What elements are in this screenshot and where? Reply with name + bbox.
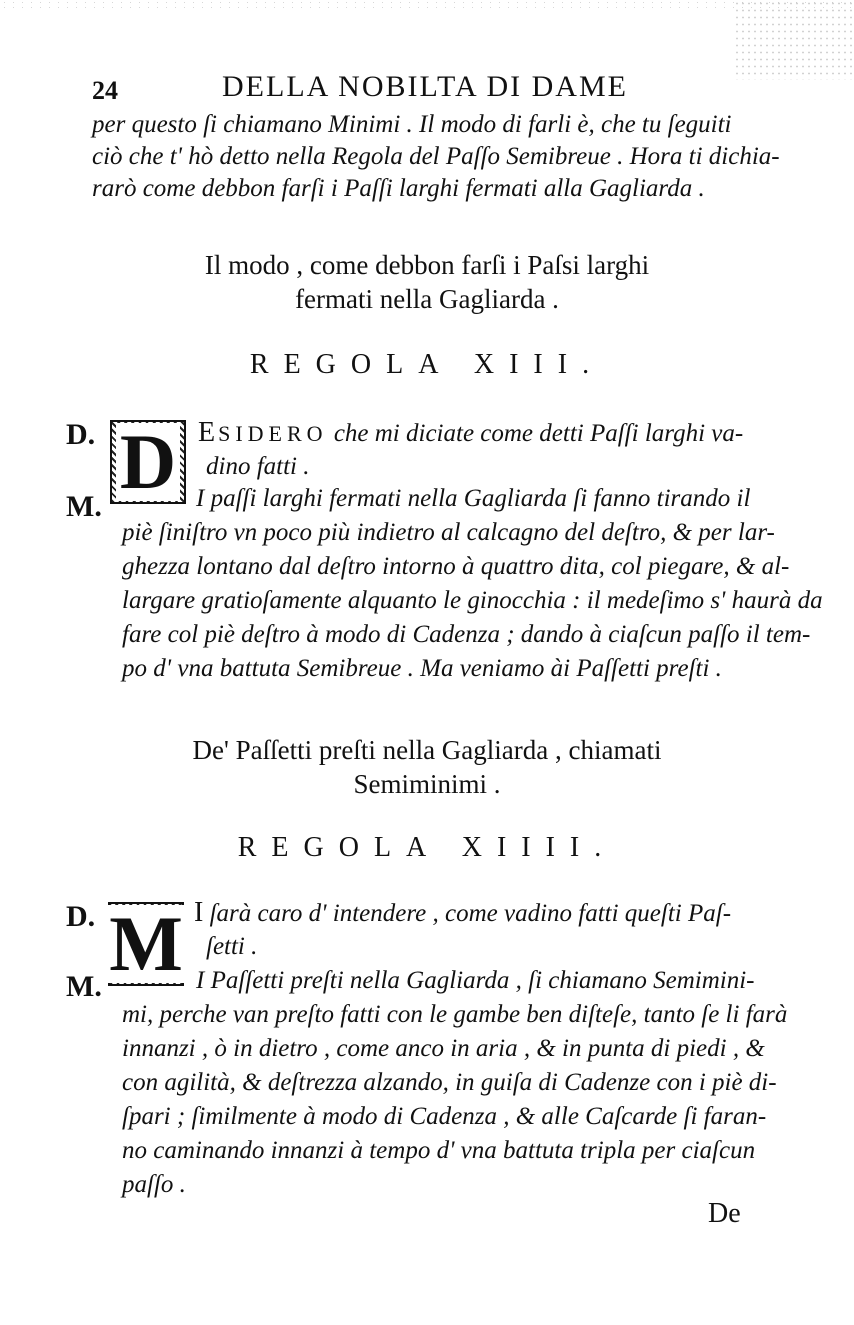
dialogue-line: innanzi , ò in dietro , come anco in ari… xyxy=(122,1034,765,1064)
decorated-initial-m: M xyxy=(108,902,184,986)
regola-title: REGOLA XIIII. xyxy=(0,833,854,863)
dialogue-line: paſſo . xyxy=(122,1170,186,1200)
catchword: De xyxy=(708,1198,741,1230)
text-line: rarò come debbon farſi i Paſſi larghi fe… xyxy=(92,174,705,204)
page-number: 24 xyxy=(92,76,118,106)
speaker-m: M. xyxy=(66,490,102,524)
section-heading: fermati nella Gagliarda . xyxy=(0,284,854,314)
decorated-initial-d: D xyxy=(110,420,186,504)
dialogue-line: po d' vna battuta Semibreue . Ma veniamo… xyxy=(122,654,722,684)
paper-noise xyxy=(0,0,854,10)
dialogue-line: con agilità, & deſtrezza alzando, in gui… xyxy=(122,1068,777,1098)
dialogue-line: ſpari ; ſimilmente à modo di Cadenza , &… xyxy=(122,1102,766,1132)
speaker-m: M. xyxy=(66,970,102,1004)
dialogue-line: ESIDERO che mi diciate come detti Paſſi … xyxy=(198,418,743,449)
dialogue-line: I paſſi larghi fermati nella Gagliarda ſ… xyxy=(196,484,750,514)
section-heading: Semiminimi . xyxy=(0,769,854,799)
dialogue-line: largare gratioſamente alquanto le ginocc… xyxy=(122,586,823,616)
initial-letter: M xyxy=(105,905,187,983)
dialogue-line: no caminando innanzi à tempo d' vna batt… xyxy=(122,1136,755,1166)
dialogue-line: fare col piè deſtro à modo di Cadenza ; … xyxy=(122,620,810,650)
dialogue-line: I ſarà caro d' intendere , come vadino f… xyxy=(194,898,731,929)
initial-letter: D xyxy=(116,423,180,501)
text-line: ciò che t' hò detto nella Regola del Paſ… xyxy=(92,142,780,172)
section-heading: Il modo , come debbon farſi i Paſsi larg… xyxy=(0,250,854,280)
speaker-d: D. xyxy=(66,418,95,452)
book-page: 24 DELLA NOBILTA DI DAME per questo ſi c… xyxy=(0,0,854,1325)
dialogue-line: ghezza lontano dal deſtro intorno à quat… xyxy=(122,552,789,582)
speaker-d: D. xyxy=(66,900,95,934)
dialogue-line: mi, perche van preſto fatti con le gambe… xyxy=(122,1000,787,1030)
section-heading: De' Paſſetti preſti nella Gagliarda , ch… xyxy=(0,735,854,765)
dialogue-line: ſetti . xyxy=(206,932,257,962)
dialogue-line: piè ſiniſtro vn poco più indietro al cal… xyxy=(122,518,775,548)
running-head: 24 DELLA NOBILTA DI DAME xyxy=(92,68,772,108)
dialogue-line: I Paſſetti preſti nella Gagliarda , ſi c… xyxy=(196,966,755,996)
text-line: per questo ſi chiamano Minimi . Il modo … xyxy=(92,110,732,140)
dialogue-line: dino fatti . xyxy=(206,452,309,482)
running-title: DELLA NOBILTA DI DAME xyxy=(222,70,628,104)
regola-title: REGOLA XIII. xyxy=(0,350,854,380)
